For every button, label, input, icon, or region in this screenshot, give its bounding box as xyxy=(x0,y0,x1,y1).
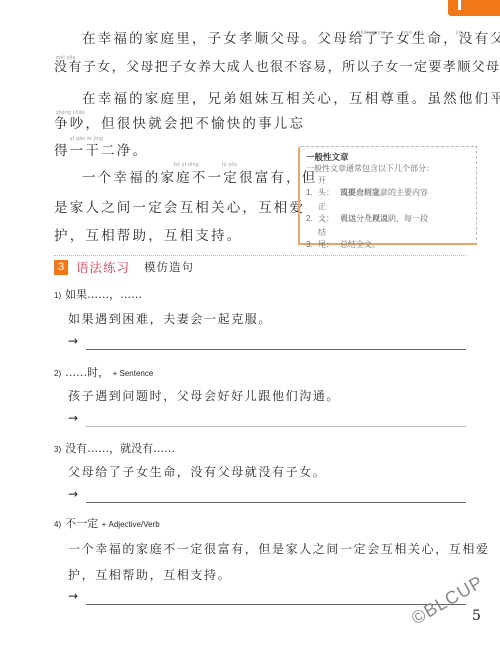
paragraph-3-line-3: 护，互相帮助，互相支持。 xyxy=(54,228,242,244)
section-subtitle: 模仿造句 xyxy=(144,259,194,275)
pattern-english: + Sentence xyxy=(113,369,154,378)
exercise-1-sentence: 如果遇到困难，夫妻会一起克服。 xyxy=(68,310,272,327)
exercise-4-sentence-line-2: 护，互相帮助，互相支持。 xyxy=(68,566,231,583)
chapter-tab xyxy=(448,0,500,16)
exercise-2-answer-line[interactable] xyxy=(86,426,466,427)
tip-box-item-2-cont: 表达一个观点。 xyxy=(340,213,396,225)
exercise-2-sentence: 孩子遇到问题时，父母会好好儿跟他们沟通。 xyxy=(68,387,340,404)
exercise-2-pattern: 2)……时， + Sentence xyxy=(54,364,153,380)
exercise-1-pattern: 1)如果……，…… xyxy=(54,286,142,302)
paragraph-1-line-1: 在幸福的家庭里，子女孝顺父母。父母给了子女生命，没有父母就 xyxy=(82,31,500,47)
pattern-text: 不一定 xyxy=(65,517,98,530)
pinyin-fuyou: fù yǒu xyxy=(222,162,237,168)
paragraph-1-line-2: 没有子女，父母把子女养大成人也很不容易，所以子女一定要孝顺父母。 xyxy=(54,60,500,76)
paragraph-2-line-1: 在幸福的家庭里，兄弟姐妹互相关心，互相尊重。虽然他们平时也有 xyxy=(82,91,500,107)
tip-item-label: 结尾： xyxy=(318,227,340,251)
exercise-number: 4) xyxy=(54,520,61,529)
exercise-3-pattern: 3)没有……，就没有…… xyxy=(54,440,175,456)
exercise-1-answer-line[interactable] xyxy=(86,349,466,350)
pinyin-buyiding: bù yí dìng xyxy=(174,162,199,168)
tip-box-item-3: 3.结尾：总结全文。 xyxy=(306,227,380,251)
tip-item-number: 1. xyxy=(306,187,318,199)
exercise-4-sentence-line-1: 一个幸福的家庭不一定很富有，但是家人之间一定会互相关心，互相爱 xyxy=(68,540,490,557)
exercise-3-answer-line[interactable] xyxy=(86,502,466,503)
pattern-text: 没有……，就没有…… xyxy=(65,442,175,455)
section-divider xyxy=(54,255,466,256)
tip-item-text: 总结全文。 xyxy=(340,240,380,249)
paragraph-3-line-1: 一个幸福的家庭不一定很富有，但 xyxy=(82,170,318,186)
exercise-number: 2) xyxy=(54,369,61,378)
paragraph-2-line-2: 争吵，但很快就会把不愉快的事儿忘 xyxy=(54,116,305,132)
exercise-number: 1) xyxy=(54,291,61,300)
paragraph-2-line-3: 得一干二净。 xyxy=(54,143,148,159)
pattern-english: + Adjective/Verb xyxy=(102,520,160,529)
arrow-icon: → xyxy=(68,487,78,501)
exercise-3-sentence: 父母给了子女生命，没有父母就没有子女。 xyxy=(68,463,326,480)
arrow-icon: → xyxy=(68,589,78,603)
section-number-badge: 3 xyxy=(54,260,68,275)
paragraph-3-line-2: 是家人之间一定会互相关心，互相爱 xyxy=(54,200,305,216)
pattern-text: ……时， xyxy=(65,366,109,379)
arrow-icon: → xyxy=(68,411,78,425)
pattern-text: 如果……，…… xyxy=(65,288,142,301)
tip-box: 一般性文章 一般性文章通常包含以下几个部分： 1.开头：简要介绍文章的主要内容 … xyxy=(298,146,477,245)
exercise-4-answer-line[interactable] xyxy=(86,604,466,605)
pinyin-yigan: yì gān èr jìng xyxy=(70,136,103,142)
tip-box-title: 一般性文章 xyxy=(306,151,349,163)
exercise-number: 3) xyxy=(54,445,61,454)
exercise-4-pattern: 4)不一定 + Adjective/Verb xyxy=(54,515,160,531)
tip-item-number: 2. xyxy=(306,213,318,225)
section-title: 语法练习 xyxy=(76,258,130,276)
chapter-tab-marker xyxy=(458,0,461,10)
tip-item-label: 正文： xyxy=(318,201,340,225)
page-number: 5 xyxy=(472,608,481,624)
arrow-icon: → xyxy=(68,334,78,348)
tip-box-item-1-cont: 或提出问题。 xyxy=(340,187,388,199)
section-header: 3 语法练习 模仿造句 xyxy=(54,259,194,275)
tip-box-intro: 一般性文章通常包含以下几个部分： xyxy=(306,163,434,175)
tip-item-number: 3. xyxy=(306,239,318,251)
tip-item-label: 开头： xyxy=(318,175,340,199)
